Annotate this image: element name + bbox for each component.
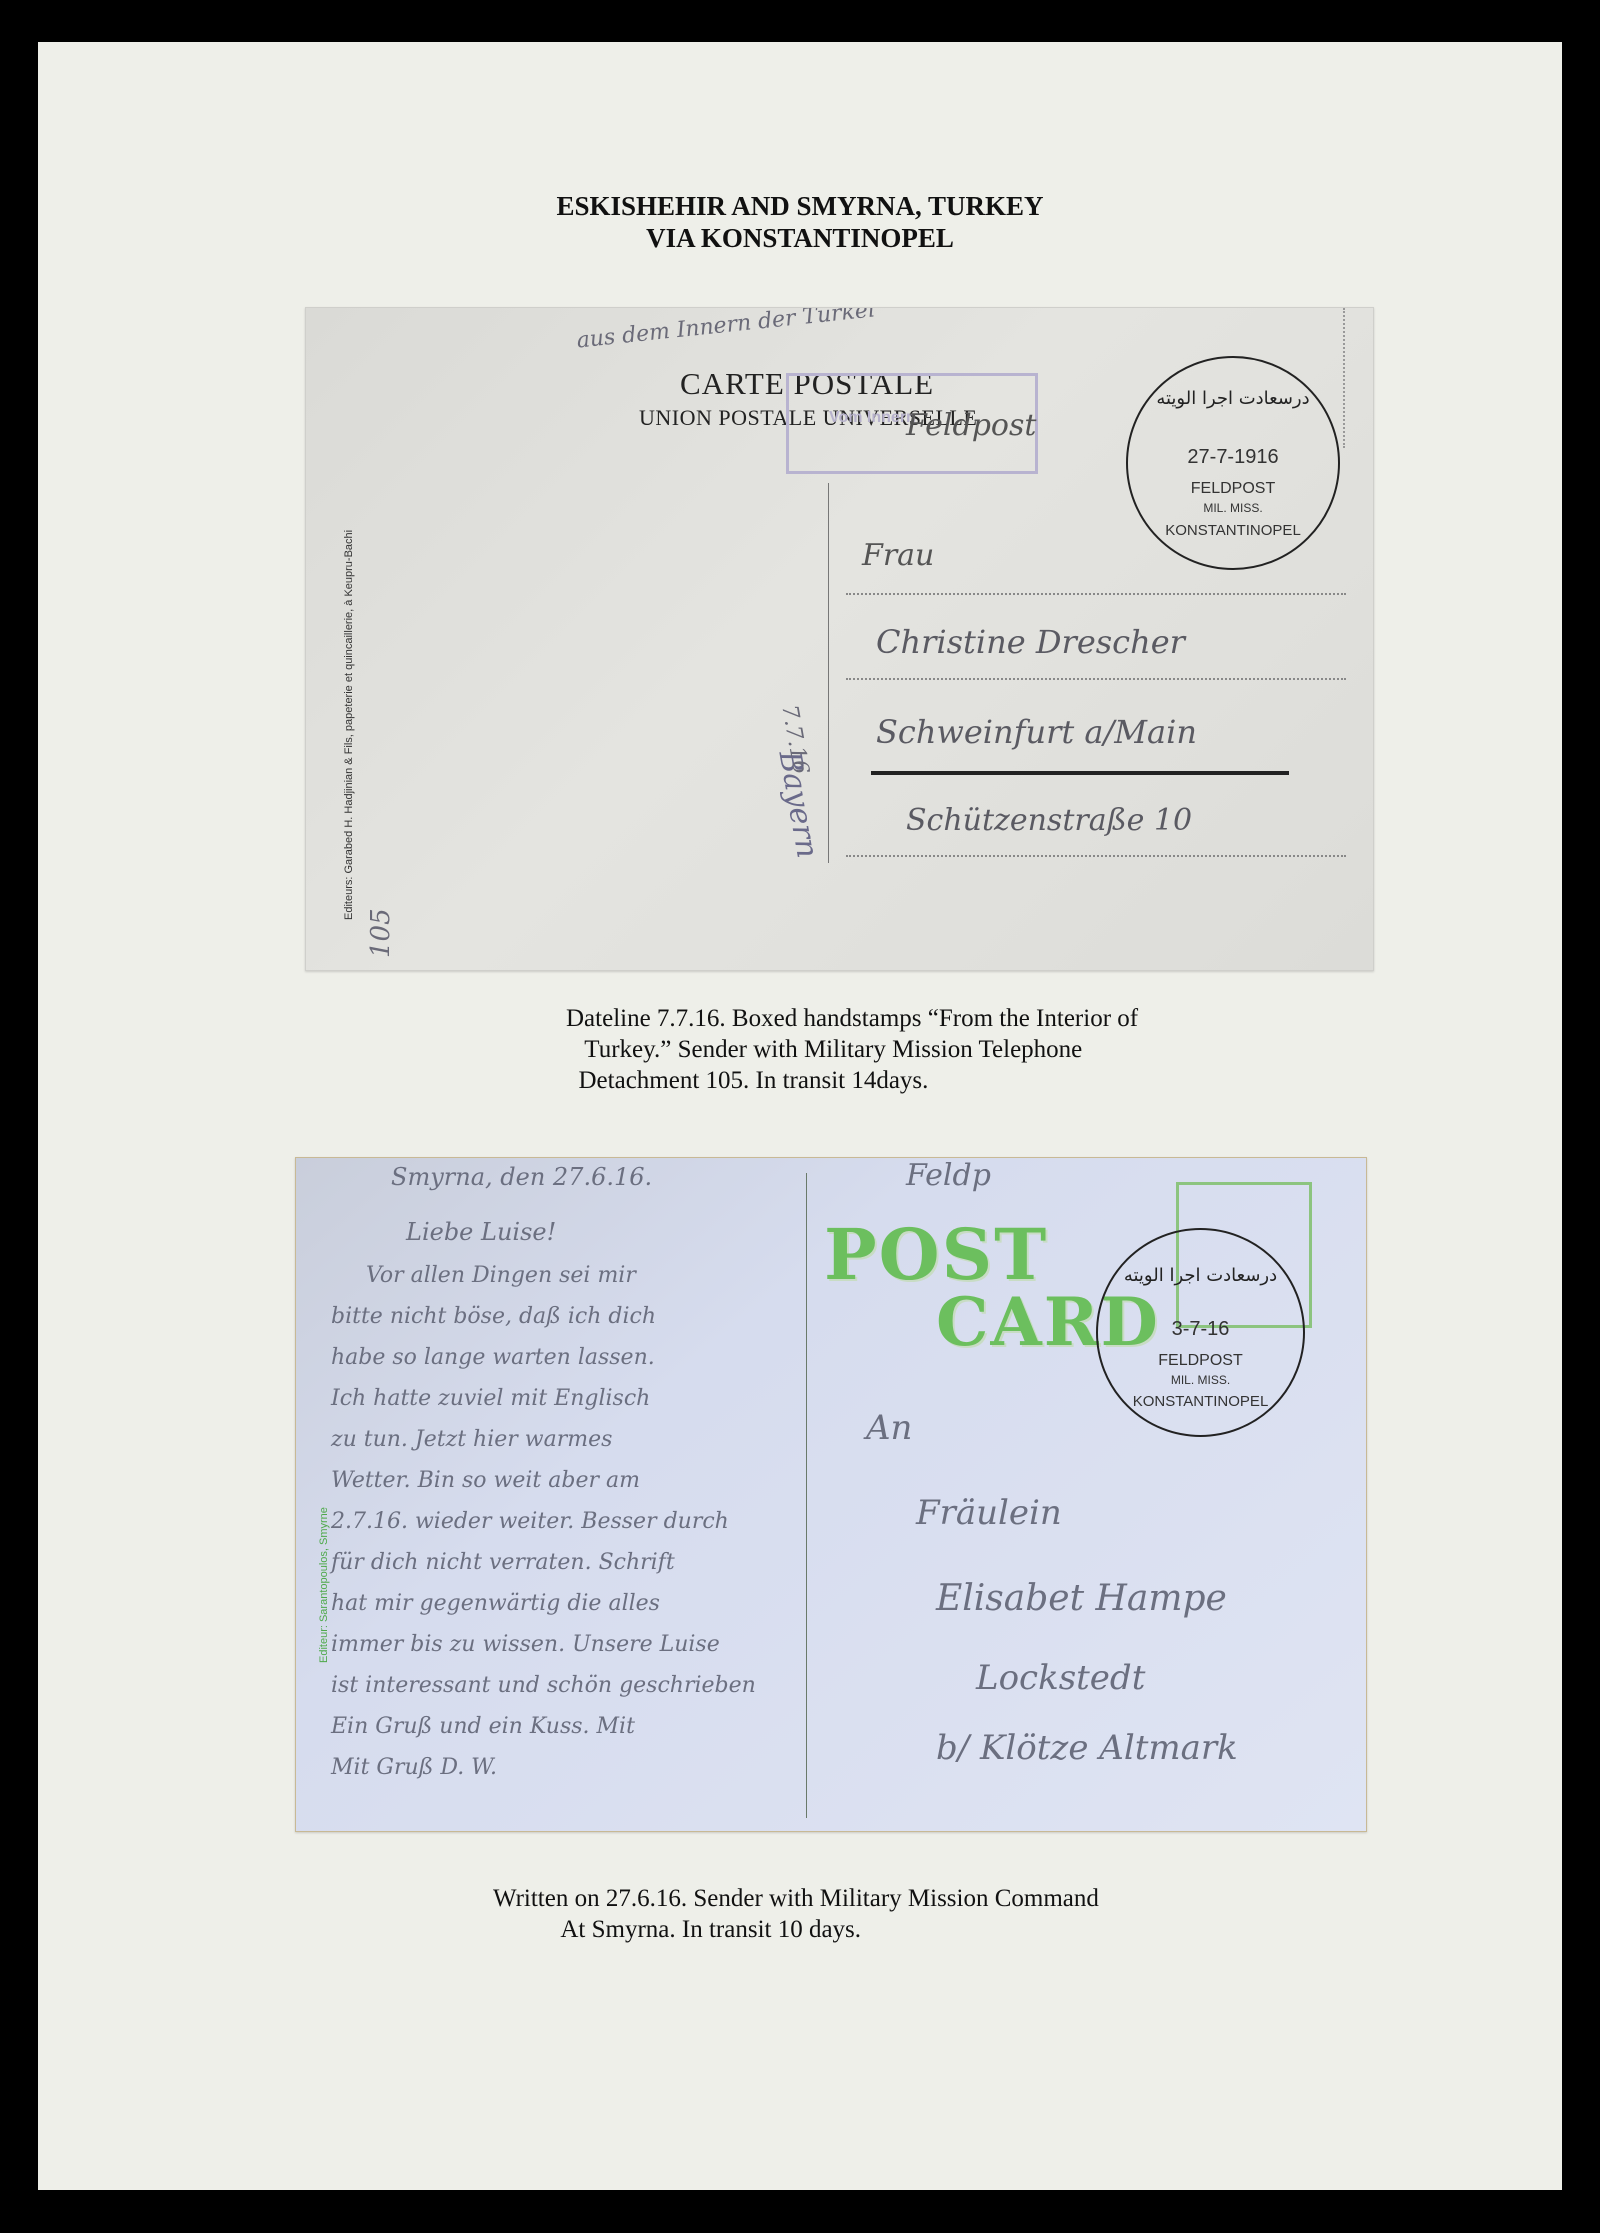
salutation: Frau	[862, 538, 934, 573]
letter-line: Ich hatte zuviel mit Englisch	[331, 1386, 650, 1411]
recipient-city: Lockstedt	[976, 1658, 1145, 1698]
greeting: Liebe Luise!	[406, 1218, 556, 1246]
letter-line: Wetter. Bin so weit aber am	[331, 1468, 640, 1493]
postmark-date: 3-7-16	[1098, 1318, 1303, 1341]
address-line	[846, 855, 1346, 857]
caption-2: Written on 27.6.16. Sender with Military…	[493, 1883, 1099, 1945]
letter-line: zu tun. Jetzt hier warmes	[331, 1427, 612, 1452]
postmark-date: 27-7-1916	[1128, 446, 1338, 469]
detachment-number: 105	[366, 908, 396, 958]
page-title: ESKISHEHIR AND SMYRNA, TURKEY VIA KONSTA…	[38, 190, 1562, 254]
letter-line: Mit Gruß D. W.	[331, 1755, 497, 1780]
recipient-name: Elisabet Hampe	[936, 1578, 1227, 1619]
title-line-1: ESKISHEHIR AND SMYRNA, TURKEY	[38, 190, 1562, 222]
recipient-region: b/ Klötze Altmark	[936, 1728, 1238, 1768]
caption-1: Dateline 7.7.16. Boxed handstamps “From …	[566, 1003, 1138, 1096]
postmark: درسعادت اجرا الويته 3-7-16 FELDPOST MIL.…	[1096, 1228, 1305, 1437]
card-divider	[828, 483, 829, 863]
letter-line: für dich nicht verraten. Schrift	[331, 1550, 675, 1575]
letter-line: Ein Gruß und ein Kuss. Mit	[331, 1714, 635, 1739]
recipient-prefix: An	[866, 1408, 912, 1448]
recipient-name: Christine Drescher	[876, 623, 1185, 661]
publisher-imprint: Editeurs: Garabed H. Hadjinian & Fils, p…	[343, 530, 355, 920]
title-line-2: VIA KONSTANTINOPEL	[38, 222, 1562, 254]
top-note: Feldp	[906, 1158, 991, 1193]
city-underline	[871, 771, 1289, 775]
letter-line: 2.7.16. wieder weiter. Besser durch	[331, 1509, 729, 1534]
recipient-city: Schweinfurt a/Main	[876, 713, 1197, 751]
postcard-2: Editeur: Sarantopoulos, Smyrne Smyrna, d…	[295, 1157, 1367, 1832]
recipient-street: Schützenstraße 10	[906, 803, 1192, 838]
letter-line: ist interessant und schön geschrieben	[331, 1673, 756, 1698]
letter-line: habe so lange warten lassen.	[331, 1345, 655, 1370]
address-line	[846, 593, 1346, 595]
dateline: Smyrna, den 27.6.16.	[391, 1163, 652, 1191]
feldpost-note: Feldpost	[906, 408, 1036, 443]
address-line	[846, 678, 1346, 680]
stamp-area	[1343, 308, 1353, 448]
postmark: درسعادت اجرا الويته 27-7-1916 FELDPOST M…	[1126, 356, 1340, 570]
letter-line: immer bis zu wissen. Unsere Luise	[331, 1632, 720, 1657]
card-divider	[806, 1173, 807, 1818]
publisher-imprint: Editeur: Sarantopoulos, Smyrne	[318, 1507, 330, 1663]
letter-line: Vor allen Dingen sei mir	[366, 1263, 636, 1288]
letter-line: bitte nicht böse, daß ich dich	[331, 1304, 656, 1329]
top-note: aus dem Innern der Türkei	[576, 307, 877, 354]
salutation: Fräulein	[916, 1493, 1062, 1533]
letter-line: hat mir gegenwärtig die alles	[331, 1591, 660, 1616]
postcard-1: Editeurs: Garabed H. Hadjinian & Fils, p…	[305, 307, 1374, 971]
